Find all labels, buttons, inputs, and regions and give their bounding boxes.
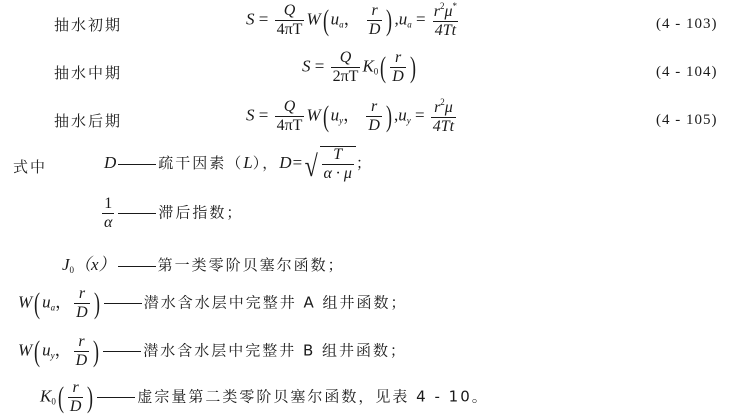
def-W-A: W(ua，rD)潜水含水层中完整井 A 组井函数； [18,286,408,321]
def-alpha: 1α滞后指数； [100,196,243,231]
eq2-number: (4 - 104) [656,64,718,81]
eq3-formula: S = Q4πTW(uy， rD),uy = r2μ4Tt [246,98,458,135]
eq3-number: (4 - 105) [656,112,718,129]
eq1-label: 抽水初期 [54,14,122,35]
def-W-B: W(uy，rD)潜水含水层中完整井 B 组井函数； [18,334,407,369]
right-paren: ) [386,6,392,36]
eq2-label: 抽水中期 [54,62,122,83]
left-paren: ( [323,6,329,36]
where-label: 式中 [13,156,47,177]
eq3-label: 抽水后期 [54,110,122,131]
def-D: D疏干因素（L），D=√Tα · μ； [104,146,373,182]
def-J0: J0（x）第一类零阶贝塞尔函数； [62,250,345,275]
eq1-lhs: S [246,9,255,28]
sqrt: √Tα · μ [303,146,356,182]
eq1-coef: Q4πT [275,3,305,38]
eq1-number: (4 - 103) [656,16,718,33]
eq1-formula: S = Q4πTW(ua， rD),ua = r2μ*4Tt [246,2,461,39]
em-dash [118,164,156,165]
def-K0: K0(rD)虚宗量第二类零阶贝塞尔函数，见表 4 - 10。 [40,380,489,415]
eq2-formula: S = Q2πTK0(rD) [302,50,418,85]
